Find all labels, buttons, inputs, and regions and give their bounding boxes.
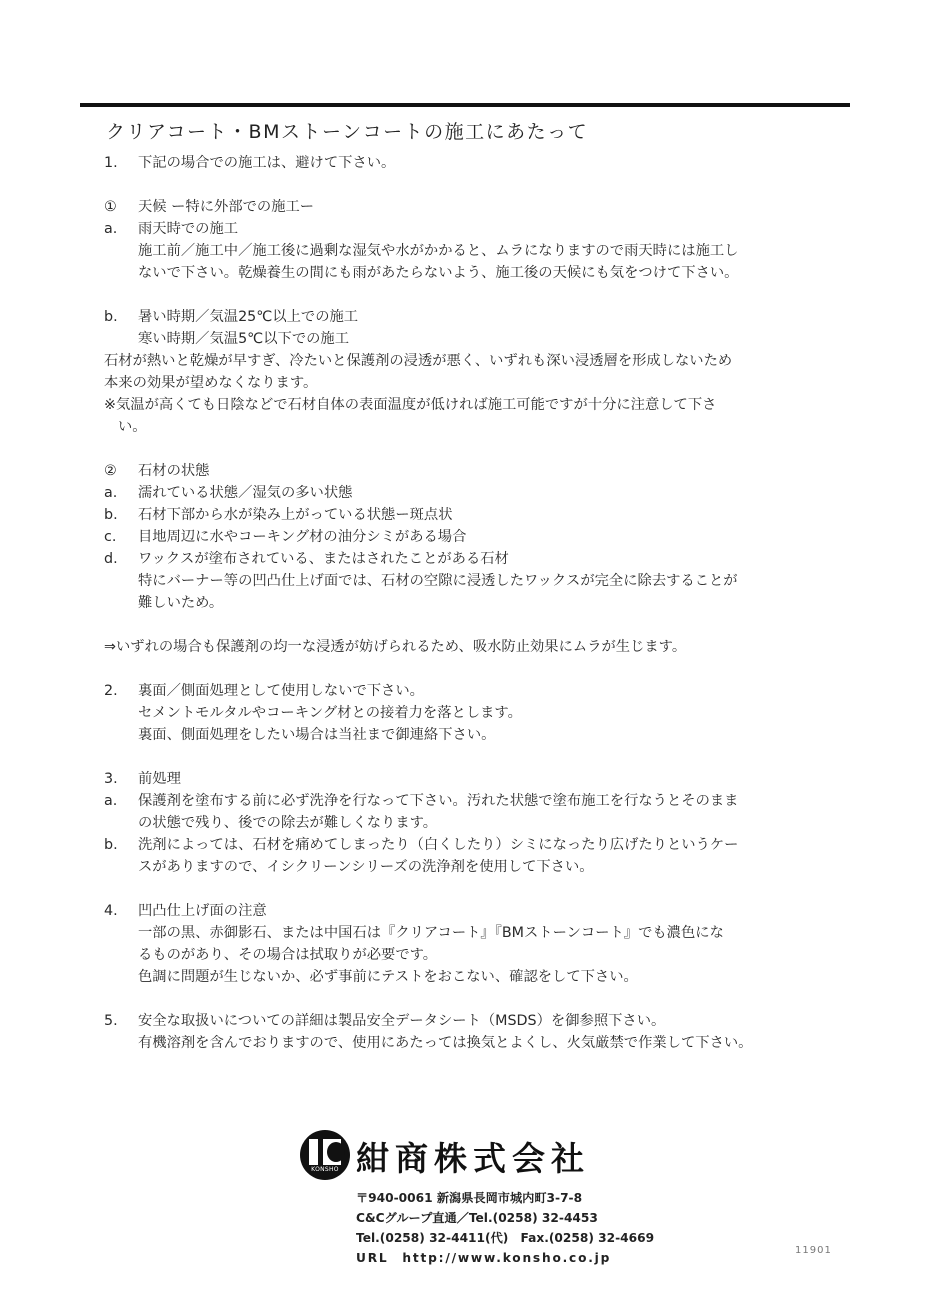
section-5-heading: 5.安全な取扱いについての詳細は製品安全データシート（MSDS）を御参照下さい。 <box>104 1010 844 1032</box>
website-url[interactable]: URL http://www.konsho.co.jp <box>356 1248 654 1268</box>
logo-label: KONSHO <box>300 1166 350 1173</box>
list-item: a.濡れている状態／湿気の多い状態 <box>104 482 844 504</box>
tel-fax: Tel.(0258) 32-4411(代) Fax.(0258) 32-4669 <box>356 1228 654 1248</box>
part-1-heading: ①天候 ー特に外部での施工ー <box>104 196 844 218</box>
note-line: い。 <box>104 416 844 438</box>
conclusion-line: ⇒いずれの場合も保護剤の均一な浸透が妨げられるため、吸水防止効果にムラが生じます… <box>104 636 844 658</box>
list-item: b.石材下部から水が染み上がっている状態ー斑点状 <box>104 504 844 526</box>
document-body: 1.下記の場合での施工は、避けて下さい。 ①天候 ー特に外部での施工ー a.雨天… <box>104 152 844 1054</box>
document-code: 11901 <box>795 1245 832 1256</box>
list-item: b.洗剤によっては、石材を痛めてしまったり（白くしたり）シミになったり広げたりと… <box>104 834 844 856</box>
part-2-heading: ②石材の状態 <box>104 460 844 482</box>
section-4-heading: 4.凹凸仕上げ面の注意 <box>104 900 844 922</box>
paragraph-line: ないで下さい。乾燥養生の間にも雨があたらないよう、施工後の天候にも気をつけて下さ… <box>104 262 844 284</box>
section-3-heading: 3.前処理 <box>104 768 844 790</box>
top-rule <box>80 103 850 107</box>
list-item: a.保護剤を塗布する前に必ず洗浄を行なって下さい。汚れた状態で塗布施工を行なうと… <box>104 790 844 812</box>
section-1-heading: 1.下記の場合での施工は、避けて下さい。 <box>104 152 844 174</box>
paragraph-line: 一部の黒、赤御影石、または中国石は『クリアコート』『BMストーンコート』でも濃色… <box>104 922 844 944</box>
paragraph-line: の状態で残り、後での除去が難しくなります。 <box>104 812 844 834</box>
paragraph-line: 色調に問題が生じないか、必ず事前にテストをおこない、確認をして下さい。 <box>104 966 844 988</box>
paragraph-line: るものがあり、その場合は拭取りが必要です。 <box>104 944 844 966</box>
part-1-b-heading: b.暑い時期／気温25℃以上での施工 <box>104 306 844 328</box>
part-1-b-heading-2: 寒い時期／気温5℃以下での施工 <box>104 328 844 350</box>
contact-block: 〒940-0061 新潟県長岡市城内町3-7-8 C&Cグループ直通／Tel.(… <box>356 1188 654 1268</box>
section-2-heading: 2.裏面／側面処理として使用しないで下さい。 <box>104 680 844 702</box>
paragraph-line: 裏面、側面処理をしたい場合は当社まで御連絡下さい。 <box>104 724 844 746</box>
address: 〒940-0061 新潟県長岡市城内町3-7-8 <box>356 1188 654 1208</box>
paragraph-line: 難しいため。 <box>104 592 844 614</box>
paragraph-line: 施工前／施工中／施工後に過剰な湿気や水がかかると、ムラになりますので雨天時には施… <box>104 240 844 262</box>
konsho-logo-icon: KONSHO <box>300 1130 350 1180</box>
list-item: c.目地周辺に水やコーキング材の油分シミがある場合 <box>104 526 844 548</box>
direct-phone: C&Cグループ直通／Tel.(0258) 32-4453 <box>356 1208 654 1228</box>
paragraph-line: 石材が熱いと乾燥が早すぎ、冷たいと保護剤の浸透が悪く、いずれも深い浸透層を形成し… <box>104 350 844 372</box>
logo-k-mark <box>309 1139 341 1165</box>
document-title: クリアコート・BMストーンコートの施工にあたって <box>106 117 588 144</box>
company-name: 紺商株式会社 <box>356 1133 590 1180</box>
paragraph-line: 有機溶剤を含んでおりますので、使用にあたっては換気とよくし、火気厳禁で作業して下… <box>104 1032 844 1054</box>
paragraph-line: スがありますので、イシクリーンシリーズの洗浄剤を使用して下さい。 <box>104 856 844 878</box>
list-item: d.ワックスが塗布されている、またはされたことがある石材 <box>104 548 844 570</box>
paragraph-line: 特にバーナー等の凹凸仕上げ面では、石材の空隙に浸透したワックスが完全に除去するこ… <box>104 570 844 592</box>
paragraph-line: セメントモルタルやコーキング材との接着力を落とします。 <box>104 702 844 724</box>
paragraph-line: 本来の効果が望めなくなります。 <box>104 372 844 394</box>
note-line: ※気温が高くても日陰などで石材自体の表面温度が低ければ施工可能ですが十分に注意し… <box>104 394 844 416</box>
part-1-a-heading: a.雨天時での施工 <box>104 218 844 240</box>
